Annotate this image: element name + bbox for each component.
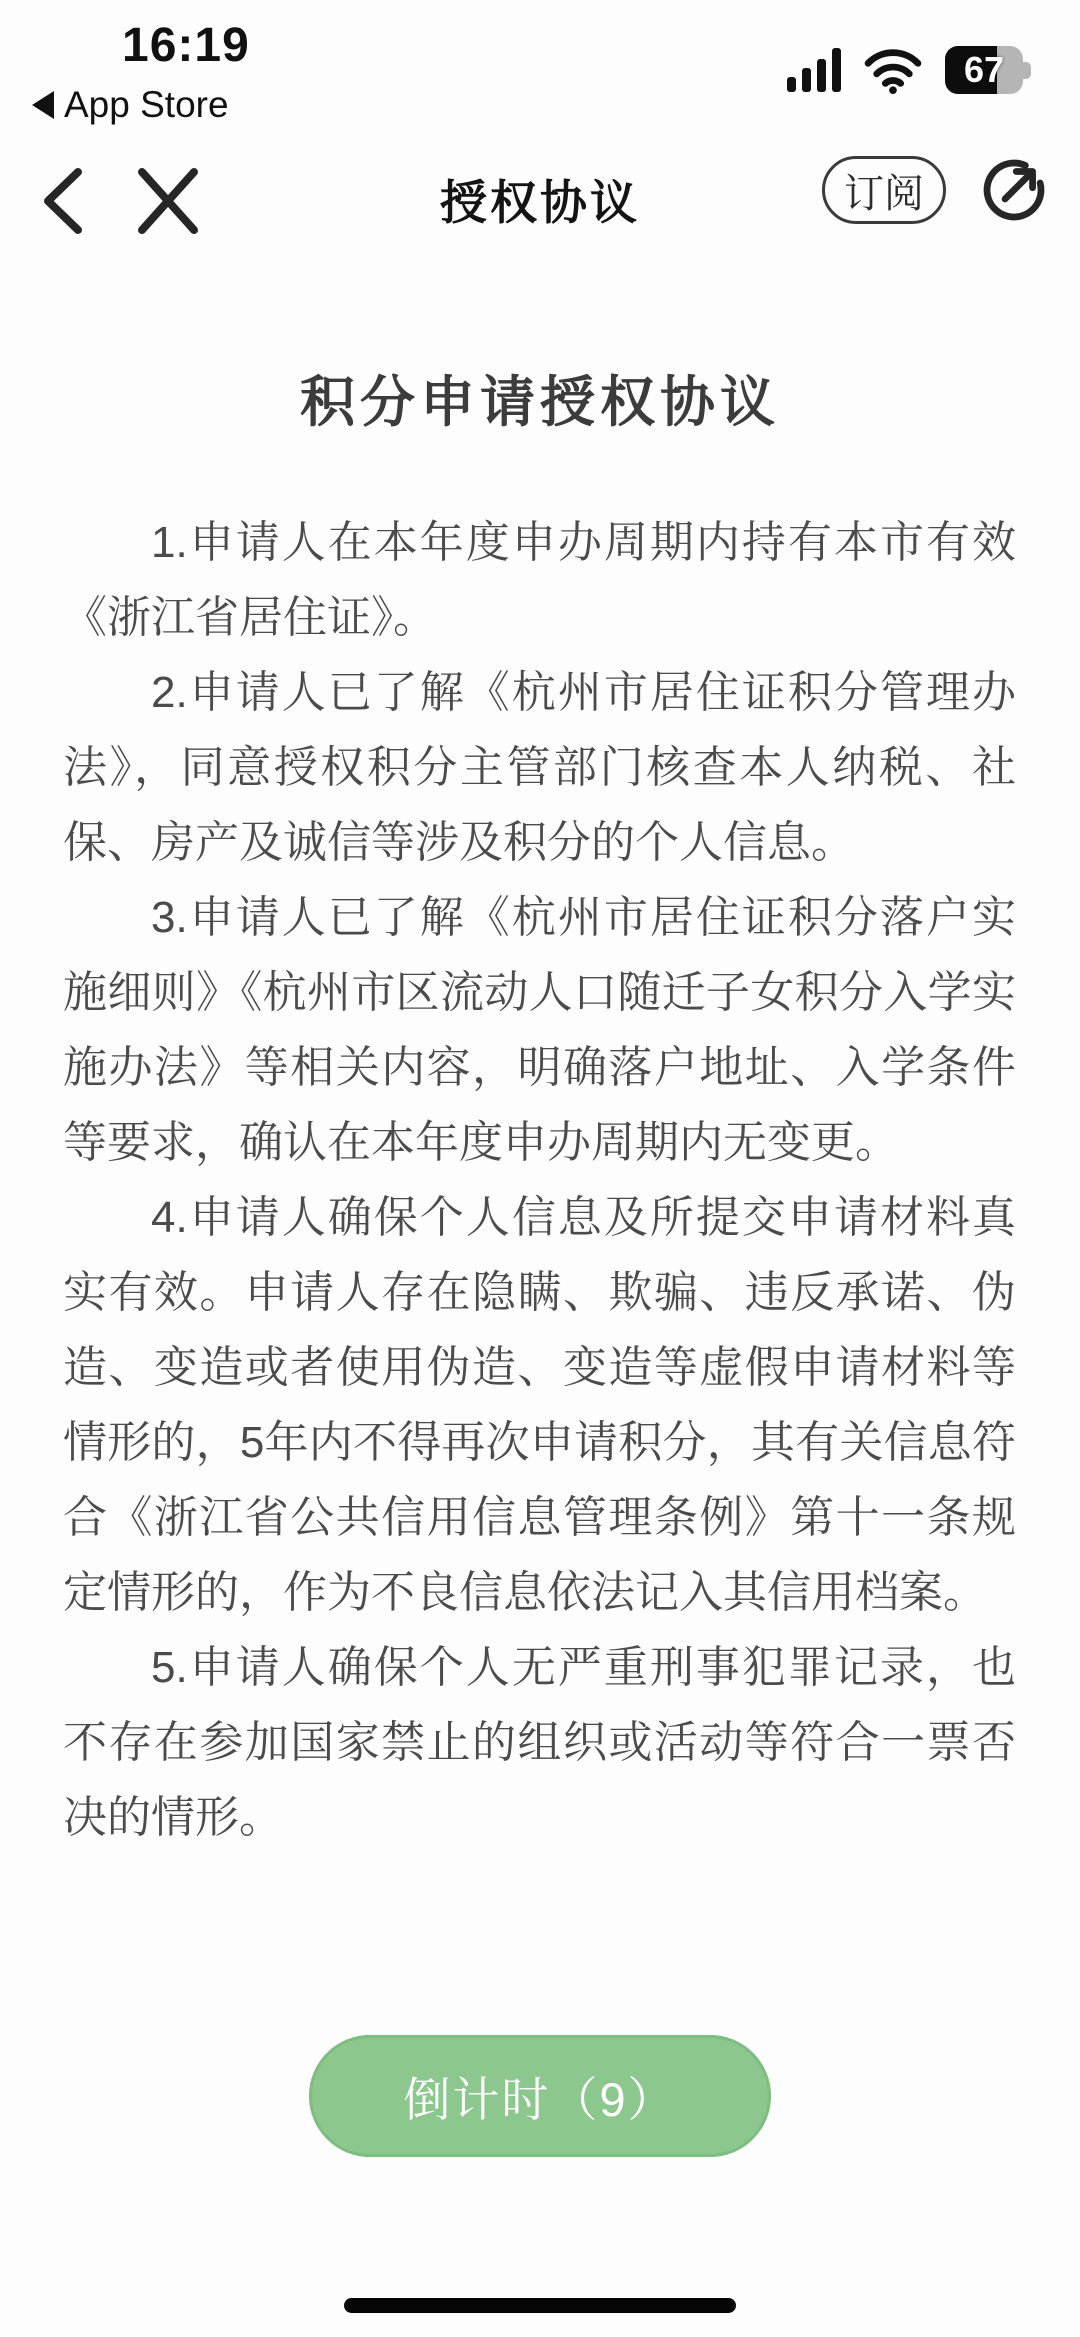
status-time: 16:19: [122, 18, 250, 73]
cellular-signal-icon: [787, 48, 841, 92]
countdown-confirm-button[interactable]: 倒计时（9）: [309, 2035, 771, 2157]
agreement-paragraph-5: 5.申请人确保个人无严重刑事犯罪记录，也不存在参加国家禁止的组织或活动等符合一票…: [63, 1630, 1016, 1855]
screen: 16:19 App Store 67: [0, 0, 1080, 2337]
battery-cap: [1023, 62, 1031, 79]
agreement-paragraph-3: 3.申请人已了解《杭州市居住证积分落户实施细则》《杭州市区流动人口随迁子女积分入…: [63, 880, 1016, 1180]
back-to-app-label: App Store: [64, 84, 229, 126]
wifi-icon: [862, 46, 924, 94]
agreement-paragraph-4: 4.申请人确保个人信息及所提交申请材料真实有效。申请人存在隐瞒、欺骗、违反承诺、…: [63, 1180, 1016, 1630]
agreement-text: 1.申请人在本年度申办周期内持有本市有效《浙江省居住证》。 2.申请人已了解《杭…: [63, 505, 1016, 1855]
home-indicator[interactable]: [344, 2298, 736, 2313]
nav-bar: 授权协议 订阅: [0, 142, 1080, 260]
back-to-app-triangle-icon: [32, 91, 54, 119]
battery-icon: 67: [945, 46, 1031, 94]
back-to-app-button[interactable]: App Store: [32, 84, 229, 126]
document-title: 积分申请授权协议: [0, 358, 1080, 437]
agreement-paragraph-1: 1.申请人在本年度申办周期内持有本市有效《浙江省居住证》。: [63, 505, 1016, 655]
countdown-label: 倒计时（9）: [403, 2063, 676, 2130]
battery-percent: 67: [945, 46, 1023, 94]
agreement-paragraph-2: 2.申请人已了解《杭州市居住证积分管理办法》，同意授权积分主管部门核查本人纳税、…: [63, 655, 1016, 880]
refresh-open-external-icon[interactable]: [978, 154, 1050, 226]
subscribe-label: 订阅: [844, 162, 924, 219]
subscribe-button[interactable]: 订阅: [822, 156, 946, 224]
status-icons: 67: [787, 46, 1031, 94]
